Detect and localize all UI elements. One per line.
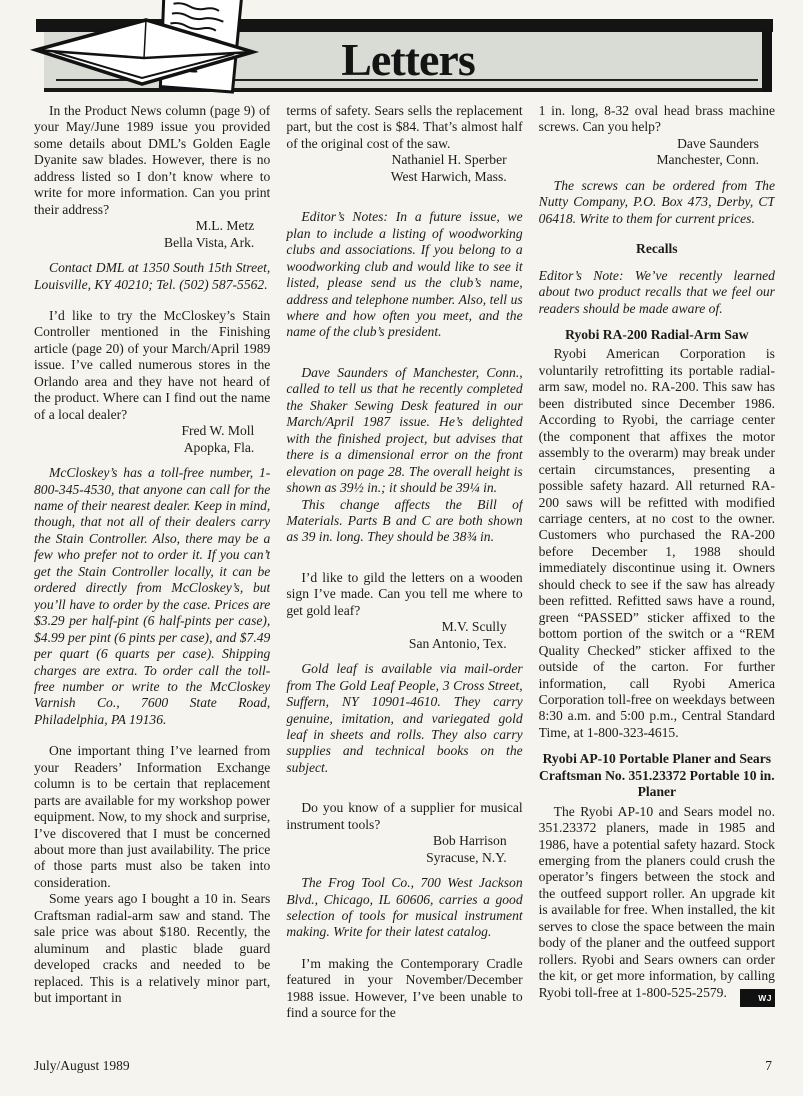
- section-heading-recalls: Recalls: [539, 241, 775, 257]
- letter-signature-name: M.V. Scully: [286, 619, 522, 635]
- letter-paragraph: I’m making the Contemporary Cradle featu…: [286, 956, 522, 1022]
- column-1: In the Product News column (page 9) of y…: [34, 103, 270, 1055]
- end-of-article-mark: WJ: [740, 989, 775, 1007]
- editor-note: Editor’s Note: We’ve recently learned ab…: [539, 268, 775, 317]
- letter-paragraph: Some years ago I bought a 10 in. Sears C…: [34, 891, 270, 1006]
- magazine-page: Letters In the Produc: [0, 0, 803, 1096]
- editor-reply: The Frog Tool Co., 700 West Jackson Blvd…: [286, 875, 522, 941]
- letter-paragraph: I’d like to gild the letters on a wooden…: [286, 570, 522, 619]
- letter-signature-name: M.L. Metz: [34, 218, 270, 234]
- editor-note: Dave Saunders of Manchester, Conn., call…: [286, 365, 522, 497]
- column-3: 1 in. long, 8-32 oval head brass machine…: [539, 103, 775, 1055]
- recall-subheading-ra200: Ryobi RA-200 Radial-Arm Saw: [539, 327, 775, 343]
- letter-paragraph: I’d like to try the McCloskey’s Stain Co…: [34, 308, 270, 423]
- letter-signature-name: Dave Saunders: [539, 136, 775, 152]
- recall-subheading-ap10: Ryobi AP-10 Portable Planer and Sears Cr…: [539, 751, 775, 800]
- issue-date: July/August 1989: [34, 1058, 130, 1074]
- editor-reply: McCloskey’s has a toll-free number, 1-80…: [34, 465, 270, 728]
- editor-note: Editor’s Notes: In a future issue, we pl…: [286, 209, 522, 341]
- recall-paragraph: Ryobi American Corporation is voluntaril…: [539, 346, 775, 741]
- editor-note: This change affects the Bill of Material…: [286, 497, 522, 546]
- recall-paragraph-text: The Ryobi AP-10 and Sears model no. 351.…: [539, 804, 775, 1000]
- letter-signature-location: Apopka, Fla.: [34, 440, 270, 456]
- letter-paragraph: In the Product News column (page 9) of y…: [34, 103, 270, 218]
- letter-signature-name: Fred W. Moll: [34, 423, 270, 439]
- column-2: terms of safety. Sears sells the replace…: [286, 103, 522, 1055]
- page-number: 7: [765, 1058, 772, 1074]
- recall-paragraph: The Ryobi AP-10 and Sears model no. 351.…: [539, 804, 775, 1001]
- letter-signature-location: Bella Vista, Ark.: [34, 235, 270, 251]
- letter-signature-location: San Antonio, Tex.: [286, 636, 522, 652]
- letter-signature-name: Nathaniel H. Sperber: [286, 152, 522, 168]
- envelope-letter-icon: [28, 0, 273, 98]
- letter-paragraph-continued: terms of safety. Sears sells the replace…: [286, 103, 522, 152]
- page-footer: July/August 1989 7: [34, 1058, 772, 1074]
- letter-signature-location: Manchester, Conn.: [539, 152, 775, 168]
- letter-signature-location: Syracuse, N.Y.: [286, 850, 522, 866]
- editor-reply: The screws can be ordered from The Nutty…: [539, 178, 775, 227]
- letter-signature-name: Bob Harrison: [286, 833, 522, 849]
- letter-paragraph: Do you know of a supplier for musical in…: [286, 800, 522, 833]
- banner-endcap: [762, 30, 772, 92]
- letter-paragraph-continued: 1 in. long, 8-32 oval head brass machine…: [539, 103, 775, 136]
- letter-signature-location: West Harwich, Mass.: [286, 169, 522, 185]
- letter-paragraph: One important thing I’ve learned from yo…: [34, 743, 270, 891]
- editor-reply: Gold leaf is available via mail-order fr…: [286, 661, 522, 776]
- editor-reply: Contact DML at 1350 South 15th Street, L…: [34, 260, 270, 293]
- letters-content: In the Product News column (page 9) of y…: [34, 103, 775, 1055]
